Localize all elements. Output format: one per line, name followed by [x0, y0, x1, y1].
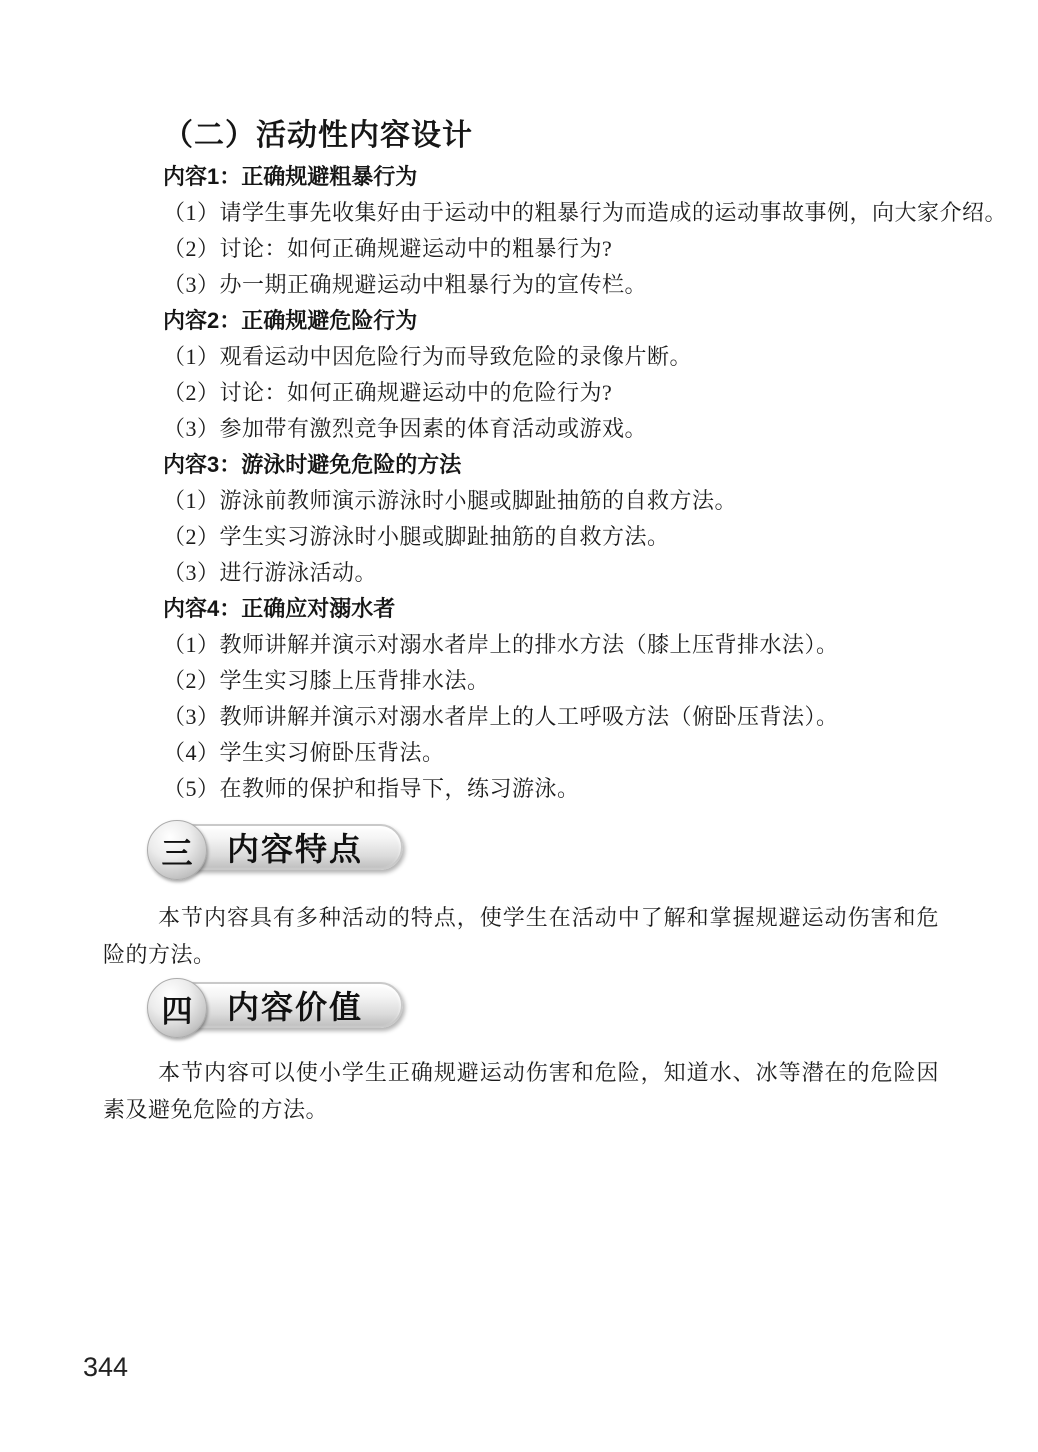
section-4-badge: 内容价值 四: [147, 978, 447, 1034]
list-item: （1）教师讲解并演示对溺水者岸上的排水方法（膝上压背排水法）。: [163, 632, 939, 658]
list-item: （2）讨论：如何正确规避运动中的粗暴行为?: [163, 236, 939, 262]
list-item: （1）观看运动中因危险行为而导致危险的录像片断。: [163, 344, 939, 370]
section-title: 内容价值: [227, 982, 363, 1028]
section-3-badge: 内容特点 三: [147, 820, 447, 876]
section-4-paragraph: 本节内容可以使小学生正确规避运动伤害和危险，知道水、冰等潜在的危险因素及避免危险…: [103, 1054, 939, 1128]
section-3-paragraph: 本节内容具有多种活动的特点，使学生在活动中了解和掌握规避运动伤害和危险的方法。: [103, 899, 939, 973]
content-block-1-heading: 内容1：正确规避粗暴行为: [163, 164, 939, 190]
list-item: （3）参加带有激烈竞争因素的体育活动或游戏。: [163, 416, 939, 442]
list-item: （3）进行游泳活动。: [163, 560, 939, 586]
section-number-circle: 三: [147, 820, 207, 880]
list-item: （4）学生实习俯卧压背法。: [163, 740, 939, 766]
content-block-2-heading: 内容2：正确规避危险行为: [163, 308, 939, 334]
list-item: （2）学生实习膝上压背排水法。: [163, 668, 939, 694]
list-item: （5）在教师的保护和指导下，练习游泳。: [163, 776, 939, 802]
section-heading: （二）活动性内容设计: [163, 118, 939, 154]
list-item: （3）办一期正确规避运动中粗暴行为的宣传栏。: [163, 272, 939, 298]
list-item: （3）教师讲解并演示对溺水者岸上的人工呼吸方法（俯卧压背法）。: [163, 704, 939, 730]
list-item: （2）讨论：如何正确规避运动中的危险行为?: [163, 380, 939, 406]
section-number: 三: [162, 828, 193, 873]
page-content: （二）活动性内容设计 内容1：正确规避粗暴行为 （1）请学生事先收集好由于运动中…: [103, 118, 939, 1128]
list-item: （1）请学生事先收集好由于运动中的粗暴行为而造成的运动事故事例，向大家介绍。: [163, 200, 939, 226]
content-block-3-heading: 内容3：游泳时避免危险的方法: [163, 452, 939, 478]
content-block-4-heading: 内容4：正确应对溺水者: [163, 596, 939, 622]
list-item: （1）游泳前教师演示游泳时小腿或脚趾抽筋的自救方法。: [163, 488, 939, 514]
page-number: 344: [83, 1352, 128, 1383]
section-number: 四: [162, 986, 193, 1031]
section-title: 内容特点: [227, 824, 363, 870]
list-item: （2）学生实习游泳时小腿或脚趾抽筋的自救方法。: [163, 524, 939, 550]
section-number-circle: 四: [147, 978, 207, 1038]
